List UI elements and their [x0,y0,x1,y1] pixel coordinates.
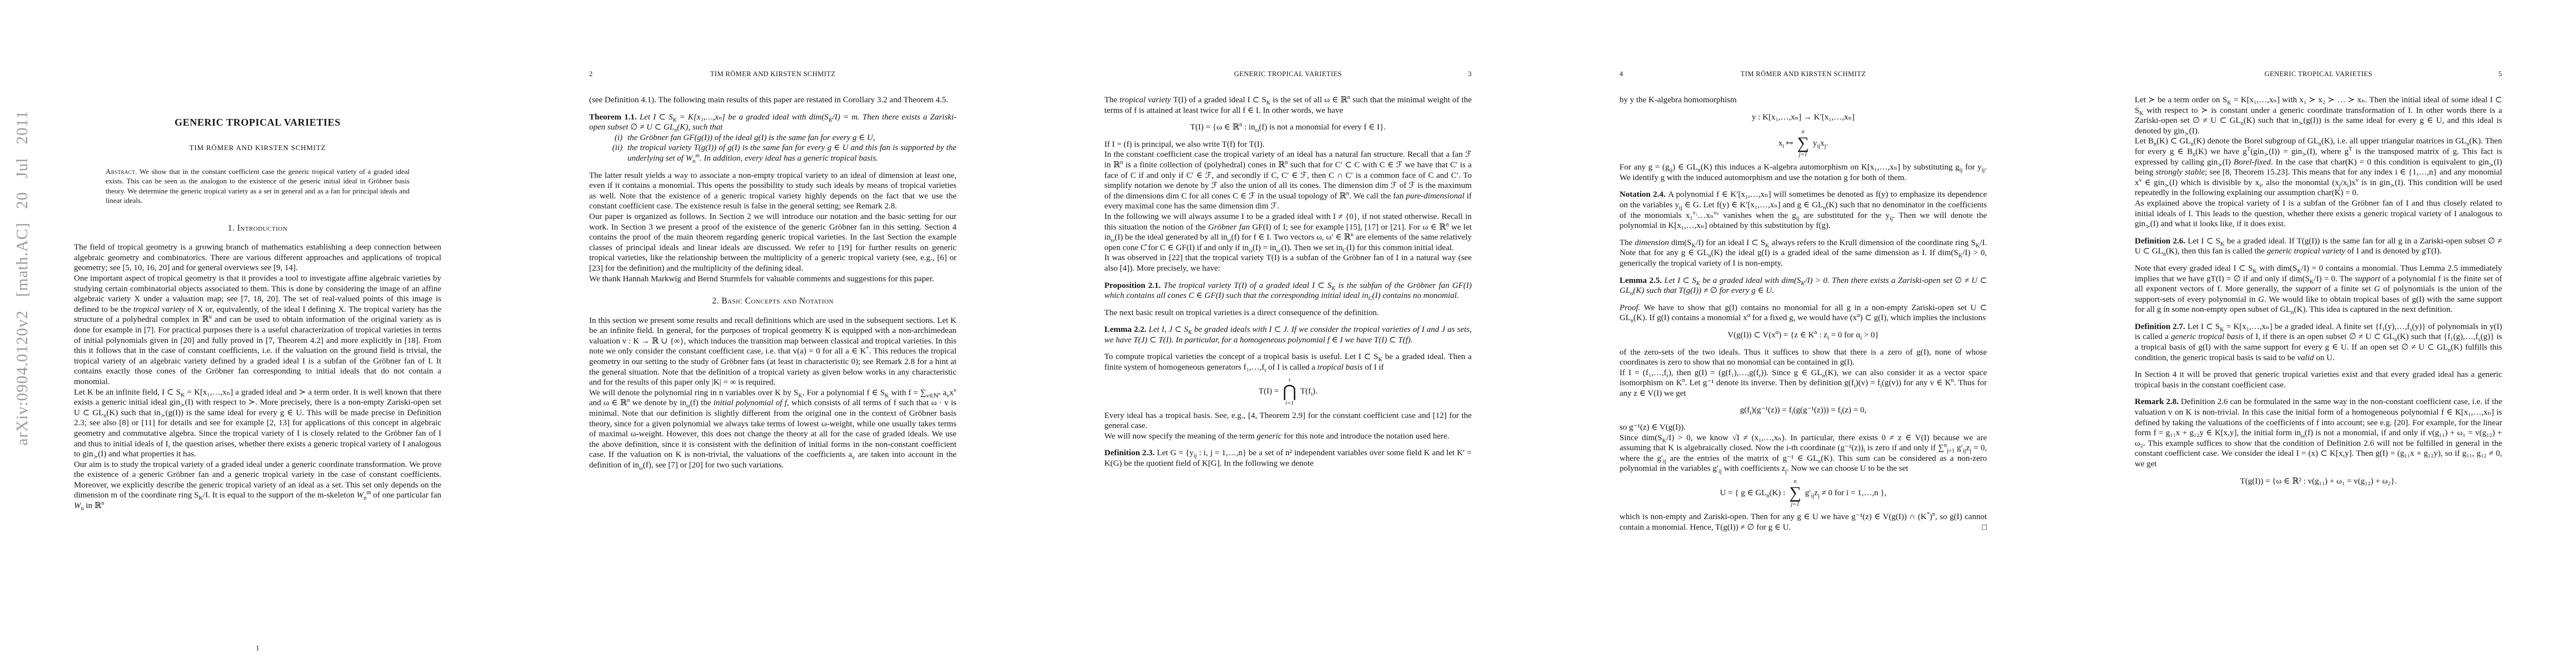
intro-paragraph-3: Let K be an infinite field, I ⊂ SK = K[x… [74,387,441,460]
page2-paragraph-5: In this section we present some results … [589,316,956,388]
equation-left: xi ↦ [1778,138,1793,149]
equation-fiber-zero: g(fi)(g⁻¹(z)) = fi(g(g⁻¹(z))) = fi(z) = … [1620,405,1987,416]
page4-paragraph-7: Since dim(SK/I) > 0, we know √I ≠ (x₁,…,… [1620,433,1987,474]
block-text: In Section 4 it will be proved that gene… [2135,370,2502,390]
equation-homomorphism-line-2: xi ↦n∑j=1yijxj. [1620,129,1987,158]
page5-paragraph-3: As explained above the tropical variety … [2135,198,2502,230]
page-5: GENERIC TROPICAL VARIETIES 5 Let ≻ be a … [2061,0,2576,667]
block-text: Let I ⊂ SK = K[x₁,…,xₙ] be a graded idea… [2135,322,2502,362]
block-label: Definition 2.6. [2135,237,2188,246]
page-2-running-head: 2 TIM RÖMER AND KIRSTEN SCHMITZ [589,70,956,78]
page-4-running-title: TIM RÖMER AND KIRSTEN SCHMITZ [1741,70,1866,78]
block-text: In the constant coefficient case the tro… [1104,150,1472,211]
page2-paragraph-2: The latter result yields a way to associ… [589,171,956,212]
equation-zero-set-inclusion: V(g(I)) ⊂ V(xα) = {z ∈ Kn : zi = 0 for α… [1620,330,1987,341]
equation-left: T(I) = [1259,386,1279,397]
block-text: If I = (f) is principal, we also write T… [1104,140,1264,149]
block-text: If I = (f₁,…,fr), then g(I) = (g(f₁),…,g… [1620,369,1987,398]
page-3-running-title: GENERIC TROPICAL VARIETIES [1234,70,1342,78]
equation-open-set-u: U = { g ∈ GLn(K) :n∑j=1g′ijzj ≠ 0 for i … [1620,479,1987,507]
page4-paragraph-8: which is non-empty and Zariski-open. The… [1620,512,1987,532]
block-label: Lemma 2.2. [1104,325,1149,334]
intro-paragraph-2: One important aspect of tropical geometr… [74,273,441,387]
block-text: Let I ⊂ SK = K[x₁,…,xₙ] be a graded idea… [589,113,956,132]
page3-paragraph-8: Every ideal has a tropical basis. See, e… [1104,411,1472,431]
block-text: Our paper is organized as follows. In Se… [589,212,956,273]
block-text: To compute tropical varieties the concep… [1104,352,1472,372]
page3-paragraph-9: We will now specify the meaning of the t… [1104,431,1472,442]
block-text: Every ideal has a tropical basis. See, e… [1104,411,1472,431]
theorem-1-1: Theorem 1.1. Let I ⊂ SK = K[x₁,…,xₙ] be … [589,112,956,164]
document-canvas: arXiv:0904.0120v2 [math.AC] 20 Jul 2011 … [0,0,2576,667]
big-operator: n∑j=1 [1797,129,1808,158]
block-text: Let K be an infinite field, I ⊂ SK = K[x… [74,388,441,459]
block-text: As explained above the tropical variety … [2135,199,2502,228]
block-text: Definition 2.6 can be formulated in the … [2135,397,2502,469]
block-text: We thank Hannah Markwig and Bernd Sturmf… [589,275,934,283]
equation-tropical-variety-definition: T(I) = {ω ∈ ℝn : inω(f) is not a monomia… [1104,122,1472,133]
page4-paragraph-5: If I = (f₁,…,fr), then g(I) = (g(f₁),…,g… [1620,368,1987,399]
intro-paragraph-1: The field of tropical geometry is a grow… [74,242,441,273]
page-1-frontmatter: GENERIC TROPICAL VARIETIES TIM RÖMER AND… [74,117,441,206]
paper-title: GENERIC TROPICAL VARIETIES [74,117,441,128]
block-text: Let Bn(K) ⊂ GLn(K) denote the Borel subg… [2135,137,2502,197]
block-text: Our aim is to study the tropical variety… [74,460,441,510]
block-text: by y the K-algebra homomorphism [1620,96,1737,104]
block-text: T(g(I)) = {ω ∈ ℝ² : v(g₁₁) + ω₁ = v(g₁₂)… [2240,477,2397,486]
section-heading-introduction: 1. Introduction [74,223,441,234]
page4-paragraph-4: of the zero-sets of the two ideals. Thus… [1620,347,1987,368]
page4-paragraph-3: The dimension dim(SK/I) for an ideal I ⊂… [1620,238,1987,269]
block-text: It was observed in [22] that the tropica… [1104,253,1472,273]
equation-right: yijxj. [1813,138,1828,149]
block-text: The latter result yields a way to associ… [589,171,956,211]
block-text: A polynomial f ∈ K′[x₁,…,xₙ] will someti… [1620,190,1987,230]
page-4-body: by y the K-algebra homomorphismy : K[x₁,… [1620,95,1987,532]
proof-lemma-2-5: Proof. We have to show that g(I) contain… [1620,303,1987,323]
proposition-2-1: Proposition 2.1. The tropical variety T(… [1104,281,1472,301]
block-text: which is non-empty and Zariski-open. The… [1620,512,1987,532]
definition-2-7: Definition 2.7. Let I ⊂ SK = K[x₁,…,xₙ] … [2135,322,2502,363]
big-operator: t⋂i=1 [1283,377,1297,406]
page5-paragraph-1: Let ≻ be a term order on SK = K[x₁,…,xₙ]… [2135,95,2502,136]
page3-paragraph-6: The next basic result on tropical variet… [1104,308,1472,318]
block-text: Let ≻ be a term order on SK = K[x₁,…,xₙ]… [2135,96,2502,136]
big-operator: n∑j=1 [1789,479,1801,507]
block-text: Let I ⊂ SK be a graded ideal with dim(SK… [1620,276,1987,296]
page-3-body: The tropical variety T(I) of a graded id… [1104,95,1472,469]
page-3-running-head: GENERIC TROPICAL VARIETIES 3 [1104,70,1472,78]
block-text: The next basic result on tropical variet… [1104,308,1379,317]
block-text: Since dim(SK/I) > 0, we know √I ≠ (x₁,…,… [1620,434,1987,474]
page-1-number: 1 [0,644,515,653]
remark-2-8: Remark 2.8. Definition 2.6 can be formul… [2135,397,2502,469]
lemma-2-5: Lemma 2.5. Let I ⊂ SK be a graded ideal … [1620,276,1987,296]
block-text: 1. Introduction [228,223,288,233]
lemma-2-2: Lemma 2.2. Let I, J ⊂ SK be graded ideal… [1104,325,1472,345]
block-label: Proposition 2.1. [1104,281,1164,290]
block-text: Let I ⊂ SK be a graded ideal. If T(g(I))… [2135,237,2502,256]
abstract-label: Abstract. [106,167,137,176]
qed-box: □ [1982,522,1987,533]
page5-paragraph-2: Let Bn(K) ⊂ GLn(K) denote the Borel subg… [2135,136,2502,198]
definition-2-3: Definition 2.3. Let G = {yij : i, j = 1,… [1104,448,1472,469]
equation-left: U = { g ∈ GLn(K) : [1720,488,1786,499]
block-text: 2. Basic Concepts and Notation [712,296,834,306]
page-3-number: 3 [1468,70,1472,78]
page3-paragraph-2: If I = (f) is principal, we also write T… [1104,140,1472,150]
block-text: T(I) = {ω ∈ ℝn : inω(f) is not a monomia… [1190,123,1386,132]
definition-2-6: Definition 2.6. Let I ⊂ SK be a graded i… [2135,236,2502,257]
abstract-text: We show that in the constant coefficient… [106,167,410,205]
block-label: Definition 2.7. [2135,322,2188,331]
block-label: Theorem 1.1. [589,113,640,122]
equation-homomorphism-line-1: y : K[x₁,…,xₙ] → K′[x₁,…,xₙ] [1620,112,1987,123]
page-5-body: Let ≻ be a term order on SK = K[x₁,…,xₙ]… [2135,95,2502,486]
block-text: Let I, J ⊂ SK be graded ideals with I ⊂ … [1104,325,1472,345]
block-text: of the zero-sets of the two ideals. Thus… [1620,348,1987,367]
equation-right: T(fi). [1301,386,1318,397]
section-heading-basic-concepts: 2. Basic Concepts and Notation [589,296,956,307]
page4-paragraph-2: For any g = (gij) ∈ GLn(K) this induces … [1620,162,1987,183]
block-label: Proof. [1620,303,1644,312]
page5-paragraph-5: In Section 4 it will be proved that gene… [2135,370,2502,390]
notation-2-4: Notation 2.4. A polynomial f ∈ K′[x₁,…,x… [1620,190,1987,231]
block-text: We will now specify the meaning of the t… [1104,432,1449,441]
block-text: V(g(I)) ⊂ V(xα) = {z ∈ Kn : zi = 0 for α… [1727,331,1879,340]
block-text: In the following we will always assume I… [1104,212,1472,252]
equation-remark-tropical-line: T(g(I)) = {ω ∈ ℝ² : v(g₁₁) + ω₁ = v(g₁₂)… [2135,476,2502,487]
page2-paragraph-1: (see Definition 4.1). The following main… [589,95,956,106]
block-text: For any g = (gij) ∈ GLn(K) this induces … [1620,163,1987,182]
paper-authors: TIM RÖMER AND KIRSTEN SCHMITZ [74,143,441,152]
page-3: GENERIC TROPICAL VARIETIES 3 The tropica… [1030,0,1546,667]
equation-right: g′ijzj ≠ 0 for i = 1,…,n }, [1805,488,1887,499]
block-text: We will denote the polynomial ring in n … [589,389,956,470]
theorem-item: (i)the Gröbner fan GF(g(I)) of the ideal… [589,133,956,143]
page-5-running-title: GENERIC TROPICAL VARIETIES [2265,70,2373,78]
block-text: so g⁻¹(z) ∈ V(g(I)). [1620,423,1686,432]
block-label: Remark 2.8. [2135,397,2181,406]
page-4: 4 TIM RÖMER AND KIRSTEN SCHMITZ by y the… [1546,0,2061,667]
theorem-item: (ii)the tropical variety T(g(I)) of g(I)… [589,143,956,163]
page-1: GENERIC TROPICAL VARIETIES TIM RÖMER AND… [0,0,515,667]
block-label: Lemma 2.5. [1620,276,1665,285]
page-5-number: 5 [2498,70,2502,78]
page-2: 2 TIM RÖMER AND KIRSTEN SCHMITZ (see Def… [515,0,1030,667]
equation-tropical-basis-intersection: T(I) =t⋂i=1T(fi). [1104,377,1472,406]
block-text: In this section we present some results … [589,316,956,387]
block-text: y : K[x₁,…,xₙ] → K′[x₁,…,xₙ] [1752,113,1855,122]
page4-paragraph-1: by y the K-algebra homomorphism [1620,95,1987,106]
block-text: Note that every graded ideal I ⊂ SK with… [2135,264,2502,314]
block-text: The dimension dim(SK/I) for an ideal I ⊂… [1620,238,1987,268]
page3-paragraph-5: It was observed in [22] that the tropica… [1104,253,1472,273]
page2-paragraph-3: Our paper is organized as follows. In Se… [589,212,956,274]
block-text: (see Definition 4.1). The following main… [589,96,948,104]
block-text: One important aspect of tropical geometr… [74,274,441,386]
page3-paragraph-4: In the following we will always assume I… [1104,212,1472,253]
page4-paragraph-6: so g⁻¹(z) ∈ V(g(I)). [1620,422,1987,433]
page-5-running-head: GENERIC TROPICAL VARIETIES 5 [2135,70,2502,78]
page-2-body: (see Definition 4.1). The following main… [589,95,956,471]
page3-paragraph-3: In the constant coefficient case the tro… [1104,150,1472,212]
block-text: The field of tropical geometry is a grow… [74,243,441,272]
page5-paragraph-4: Note that every graded ideal I ⊂ SK with… [2135,263,2502,315]
intro-paragraph-4: Our aim is to study the tropical variety… [74,460,441,511]
page-2-number: 2 [589,70,593,78]
block-text: We have to show that g(I) contains no mo… [1620,303,1987,323]
block-label: Definition 2.3. [1104,449,1157,457]
block-text: Let G = {yij : i, j = 1,…,n} be a set of… [1104,449,1472,468]
block-text: g(fi)(g⁻¹(z)) = fi(g(g⁻¹(z))) = fi(z) = … [1740,406,1867,415]
block-label: Notation 2.4. [1620,190,1668,199]
page-2-running-title: TIM RÖMER AND KIRSTEN SCHMITZ [710,70,836,78]
page2-paragraph-6: We will denote the polynomial ring in n … [589,388,956,471]
page3-paragraph-1: The tropical variety T(I) of a graded id… [1104,95,1472,116]
page-4-number: 4 [1620,70,1623,78]
page-1-body: 1. IntroductionThe field of tropical geo… [74,223,441,511]
abstract: Abstract. We show that in the constant c… [106,167,410,206]
page3-paragraph-7: To compute tropical varieties the concep… [1104,352,1472,372]
block-text: The tropical variety T(I) of a graded id… [1104,96,1472,115]
page-4-running-head: 4 TIM RÖMER AND KIRSTEN SCHMITZ [1620,70,1987,78]
page2-paragraph-4: We thank Hannah Markwig and Bernd Sturmf… [589,274,956,285]
